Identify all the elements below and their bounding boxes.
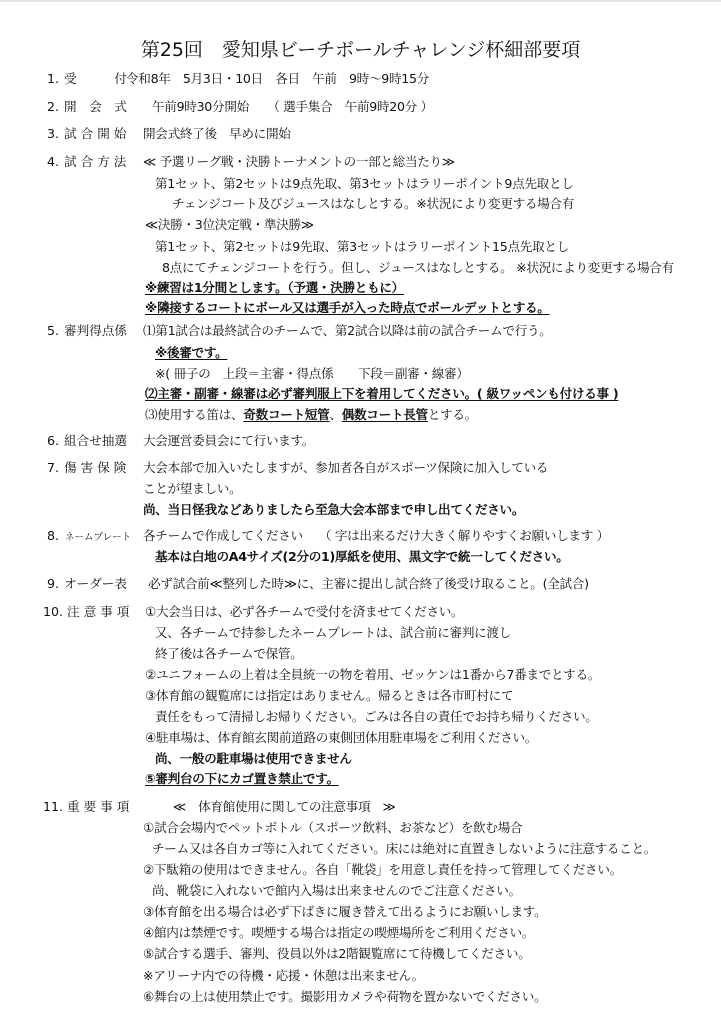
important-line: ⑥舞台の上は使用禁止です。撮影用カメラや荷物を置かないでください。: [143, 989, 546, 1005]
whistle-line: ⑶使用する笛は、奇数コート短管、偶数コート長管とする。: [145, 407, 477, 423]
item-number: 2.: [47, 99, 59, 115]
insurance-line: ことが望ましい。: [143, 481, 241, 497]
notes-line: 終了後は各チームで保管。: [155, 646, 303, 662]
reception-text: 令和8年 5月3日・10日 各日 午前 9時～9時15分: [126, 71, 429, 87]
notes-line: ①大会当日は、必ず各チームで受付を済ませてください。: [145, 604, 463, 620]
draw-text: 大会運営委員会にて行います。: [143, 433, 314, 449]
order-sheet-text: 必ず試合前≪整列した時≫に、主審に提出し試合終了後受け取ること。(全試合): [148, 576, 589, 592]
item-label-match-method: 試 合 方 法: [64, 154, 126, 170]
item-number: 5.: [47, 323, 59, 339]
item-label-important: 重 要 事 項: [67, 799, 129, 815]
item-label-match-start: 試 合 開 始: [64, 126, 126, 142]
ball-dead-note: ※隣接するコートにボール又は選手が入った時点でボールデットとする。: [145, 300, 550, 316]
item-label-notes: 注 意 事 項: [67, 604, 129, 620]
item-number: 10.: [43, 604, 63, 620]
item-number: 4.: [47, 154, 59, 170]
document-title: 第25回 愛知県ビーチボールチャレンジ杯細部要項: [0, 35, 721, 62]
injury-report-note: 尚、当日怪我などありましたら至急大会本部まで申し出てください。: [143, 502, 524, 518]
match-method-line: ≪決勝・3位決定戦・準決勝≫: [145, 217, 314, 233]
important-line: ⑤試合する選手、審判、役員以外は2階観覧席にて待機してください。: [143, 946, 531, 962]
item-label-opening-ceremony: 開 会 式: [64, 99, 127, 115]
whistle-end: とする。: [428, 407, 477, 422]
item-label-referee: 審判得点係: [64, 323, 127, 339]
insurance-line: 大会本部で加入いたしますが、参加者各自がスポーツ保険に加入している: [143, 460, 548, 476]
match-method-line: 8点にてチェンジコートを行う。但し、ジュースはなしとする。 ※状況により変更する…: [162, 260, 674, 276]
important-line: 尚、靴袋に入れないで館内入場は出来ませんのでご注意ください。: [152, 883, 521, 899]
general-parking-note: 尚、一般の駐車場は使用できません: [155, 751, 352, 767]
important-line: ①試合会場内でペットボトル（スポーツ飲料、お茶など）を飲む場合: [143, 820, 522, 836]
important-line: ※アリーナ内での待機・応援・休憩は出来ません。: [143, 968, 424, 984]
item-label-order-sheet: オーダー表: [64, 576, 127, 592]
nameplate-spec-note: 基本は白地のA4サイズ(2分の1)厚紙を使用、黒文字で統一してください。: [155, 549, 569, 565]
separator: 、: [329, 407, 341, 422]
even-court-whistle: 偶数コート長管: [342, 407, 428, 422]
opening-ceremony-text: 午前9時30分開始 （ 選手集合 午前9時20分 ）: [152, 99, 433, 115]
odd-court-whistle: 奇数コート短管: [243, 407, 329, 422]
item-number: 3.: [47, 126, 59, 142]
basket-prohibited-note: ⑤審判台の下にカゴ置き禁止です。: [145, 771, 339, 787]
match-start-text: 開会式終了後 早めに開始: [143, 126, 291, 142]
item-number: 8.: [47, 528, 59, 544]
notes-line: ④駐車場は、体育館玄関前道路の東側団体用駐車場をご利用ください。: [145, 730, 537, 746]
important-heading: ≪ 体育館使用に関しての注意事項 ≫: [173, 799, 395, 815]
item-label-insurance: 傷 害 保 険: [64, 460, 126, 476]
notes-line: ②ユニフォームの上着は全員統一の物を着用、ゼッケンは1番から7番までとする。: [145, 667, 600, 683]
match-method-line: チェンジコート及びジュースはなしとする。※状況により変更する場合有: [172, 196, 574, 212]
match-method-line: 第1セット、第2セットは9点先取、第3セットはラリーポイント9点先取とし: [155, 176, 574, 192]
match-method-line: 第1セット、第2セットは9先取、第3セットはラリーポイント15点先取とし: [155, 239, 569, 255]
item-label-nameplate: ネームプレート: [65, 530, 131, 546]
nameplate-line: 各チームで作成してください （ 字は出来るだけ大きく解りやすくお願いします ）: [143, 528, 609, 544]
important-line: ②下駄箱の使用はできません。各自「靴袋」を用意し責任を持って管理してください。: [143, 862, 622, 878]
practice-note: ※練習は1分間とします。（予選・決勝ともに）: [145, 280, 404, 296]
referee-line: ※( 冊子の 上段＝主審・得点係 下段＝副審・線審）: [155, 366, 469, 382]
referee-line: ⑴第1試合は最終試合のチームで、第2試合以降は前の試合チームで行う。: [143, 323, 552, 339]
item-number: 7.: [47, 460, 59, 476]
item-number: 9.: [47, 576, 59, 592]
referee-rear-note: ※後審です。: [155, 345, 227, 361]
match-method-line: ≪ 予選リーグ戦・決勝トーナメントの一部と総当たり≫: [143, 154, 455, 170]
referee-uniform-note: ⑵主審・副審・線審は必ず審判服上下を着用してください。( 級ワッペンも付ける事 …: [145, 386, 618, 402]
notes-line: ③体育館の観覧席には指定はありません。帰るときは各市町村にて: [145, 688, 513, 704]
notes-line: 又、各チームで持参したネームプレートは、試合前に審判に渡し: [155, 625, 511, 641]
item-label-reception: 受 付: [64, 71, 127, 87]
item-number: 11.: [43, 799, 63, 815]
important-line: ③体育館を出る場合は必ず下ばきに履き替えて出るようにお願いします。: [143, 904, 546, 920]
important-line: チーム又は各自カゴ等に入れてください。床には絶対に直置きしないように注意すること…: [152, 841, 656, 857]
important-line: ④館内は禁煙です。喫煙する場合は指定の喫煙場所をご利用ください。: [143, 925, 534, 941]
notes-line: 責任をもって清掃しお帰りください。ごみは各自の責任でお持ち帰りください。: [155, 709, 598, 725]
item-number: 1.: [47, 71, 59, 87]
whistle-text: ⑶使用する笛は、: [145, 407, 243, 422]
item-number: 6.: [47, 433, 59, 449]
item-label-draw: 組合せ抽選: [64, 433, 127, 449]
